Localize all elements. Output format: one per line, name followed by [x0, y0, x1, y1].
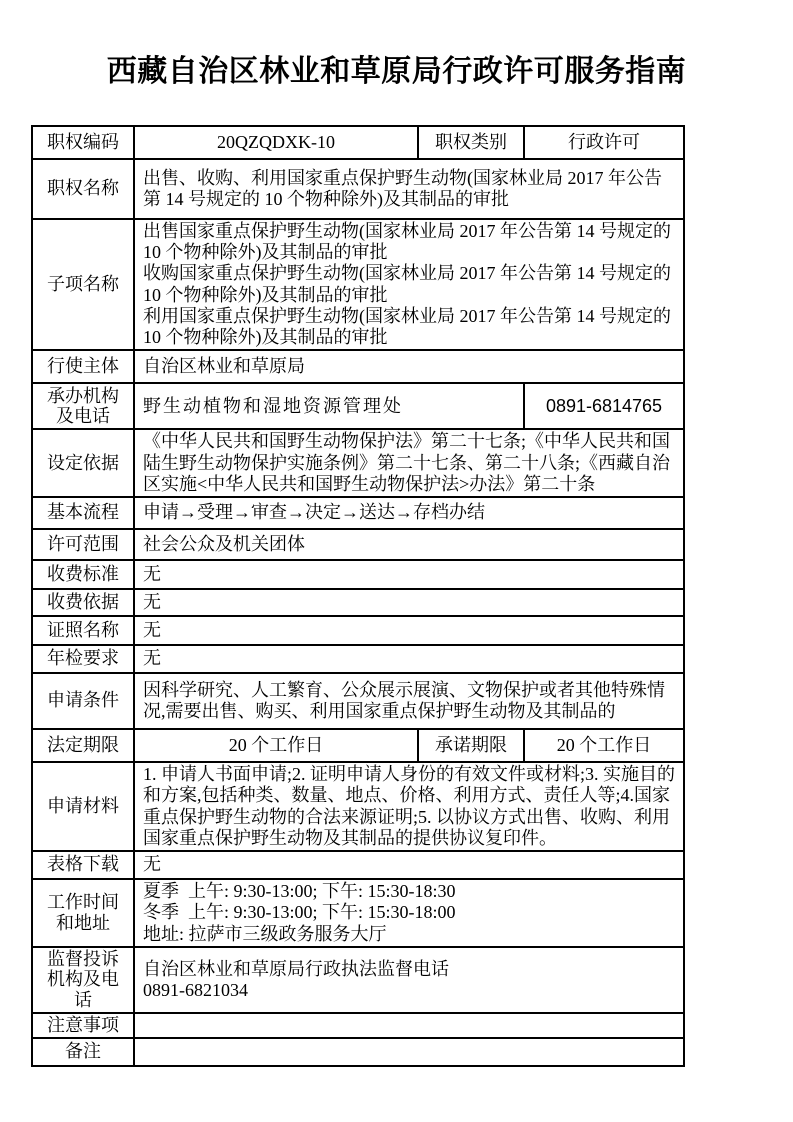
annual-check-value: 无 — [134, 645, 684, 673]
hours-label: 工作时间 和地址 — [32, 879, 134, 947]
basis-label: 设定依据 — [32, 429, 134, 497]
subitems-label: 子项名称 — [32, 219, 134, 350]
materials-label: 申请材料 — [32, 762, 134, 851]
fee-standard-label: 收费标准 — [32, 560, 134, 589]
basis-value: 《中华人民共和国野生动物保护法》第二十七条;《中华人民共和国陆生野生动物保护实施… — [134, 429, 684, 497]
row-certificate-name: 证照名称 无 — [32, 616, 684, 645]
service-guide-table: 职权编码 20QZQDXK-10 职权类别 行政许可 职权名称 出售、收购、利用… — [31, 125, 685, 1067]
row-fee-standard: 收费标准 无 — [32, 560, 684, 589]
fee-basis-value: 无 — [134, 589, 684, 616]
row-subitems: 子项名称 出售国家重点保护野生动物(国家林业局 2017 年公告第 14 号规定… — [32, 219, 684, 350]
fee-basis-label: 收费依据 — [32, 589, 134, 616]
supervision-org: 自治区林业和草原局行政执法监督电话 — [143, 959, 675, 980]
supervision-label-line2: 机构及电话 — [41, 969, 125, 1010]
agency-label-line2: 及电话 — [41, 406, 125, 427]
row-remark: 备注 — [32, 1038, 684, 1066]
supervision-value: 自治区林业和草原局行政执法监督电话 0891-6821034 — [134, 947, 684, 1013]
notes-value — [134, 1013, 684, 1038]
certificate-value: 无 — [134, 616, 684, 645]
row-application-materials: 申请材料 1. 申请人书面申请;2. 证明申请人身份的有效文件或材料;3. 实施… — [32, 762, 684, 851]
row-supervision: 监督投诉 机构及电话 自治区林业和草原局行政执法监督电话 0891-682103… — [32, 947, 684, 1013]
subitem-3: 利用国家重点保护野生动物(国家林业局 2017 年公告第 14 号规定的 10 … — [143, 306, 675, 348]
row-setting-basis: 设定依据 《中华人民共和国野生动物保护法》第二十七条;《中华人民共和国陆生野生动… — [32, 429, 684, 497]
row-application-conditions: 申请条件 因科学研究、人工繁育、公众展示展演、文物保护或者其他特殊情况,需要出售… — [32, 673, 684, 729]
permission-type-value: 行政许可 — [524, 126, 684, 159]
row-permission-name: 职权名称 出售、收购、利用国家重点保护野生动物(国家林业局 2017 年公告第 … — [32, 159, 684, 219]
permission-type-label: 职权类别 — [418, 126, 524, 159]
supervision-label: 监督投诉 机构及电话 — [32, 947, 134, 1013]
scope-label: 许可范围 — [32, 529, 134, 560]
authority-label: 行使主体 — [32, 350, 134, 383]
remark-value — [134, 1038, 684, 1066]
hours-summer: 夏季 上午: 9:30-13:00; 下午: 15:30-18:30 — [143, 881, 675, 902]
row-annual-check: 年检要求 无 — [32, 645, 684, 673]
row-deadline: 法定期限 20 个工作日 承诺期限 20 个工作日 — [32, 729, 684, 762]
row-license-scope: 许可范围 社会公众及机关团体 — [32, 529, 684, 560]
row-fee-basis: 收费依据 无 — [32, 589, 684, 616]
form-download-value: 无 — [134, 851, 684, 879]
row-form-download: 表格下载 无 — [32, 851, 684, 879]
row-exercising-authority: 行使主体 自治区林业和草原局 — [32, 350, 684, 383]
page-title: 西藏自治区林业和草原局行政许可服务指南 — [0, 46, 793, 90]
promise-deadline-label: 承诺期限 — [418, 729, 524, 762]
subitem-1: 出售国家重点保护野生动物(国家林业局 2017 年公告第 14 号规定的 10 … — [143, 221, 675, 263]
certificate-label: 证照名称 — [32, 616, 134, 645]
scope-value: 社会公众及机关团体 — [134, 529, 684, 560]
row-handling-agency: 承办机构 及电话 野生动植物和湿地资源管理处 0891-6814765 — [32, 383, 684, 429]
process-label: 基本流程 — [32, 497, 134, 529]
form-download-label: 表格下载 — [32, 851, 134, 879]
authority-value: 自治区林业和草原局 — [134, 350, 684, 383]
permission-name-value: 出售、收购、利用国家重点保护野生动物(国家林业局 2017 年公告第 14 号规… — [134, 159, 684, 219]
fee-standard-value: 无 — [134, 560, 684, 589]
agency-phone: 0891-6814765 — [524, 383, 684, 429]
remark-label: 备注 — [32, 1038, 134, 1066]
row-working-hours: 工作时间 和地址 夏季 上午: 9:30-13:00; 下午: 15:30-18… — [32, 879, 684, 947]
hours-value: 夏季 上午: 9:30-13:00; 下午: 15:30-18:30 冬季 上午… — [134, 879, 684, 947]
agency-label: 承办机构 及电话 — [32, 383, 134, 429]
conditions-label: 申请条件 — [32, 673, 134, 729]
hours-address: 地址: 拉萨市三级政务服务大厅 — [143, 924, 675, 945]
statutory-deadline-label: 法定期限 — [32, 729, 134, 762]
supervision-phone: 0891-6821034 — [143, 980, 675, 1001]
supervision-label-line1: 监督投诉 — [41, 949, 125, 970]
agency-name: 野生动植物和湿地资源管理处 — [134, 383, 524, 429]
notes-label: 注意事项 — [32, 1013, 134, 1038]
row-permission-code: 职权编码 20QZQDXK-10 职权类别 行政许可 — [32, 126, 684, 159]
annual-check-label: 年检要求 — [32, 645, 134, 673]
agency-label-line1: 承办机构 — [41, 386, 125, 407]
permission-code-label: 职权编码 — [32, 126, 134, 159]
subitems-value: 出售国家重点保护野生动物(国家林业局 2017 年公告第 14 号规定的 10 … — [134, 219, 684, 350]
statutory-deadline-value: 20 个工作日 — [134, 729, 418, 762]
row-basic-process: 基本流程 申请→受理→审查→决定→送达→存档办结 — [32, 497, 684, 529]
document-page: 西藏自治区林业和草原局行政许可服务指南 职权编码 20QZQDXK-10 职权类… — [0, 0, 793, 1122]
subitem-2: 收购国家重点保护野生动物(国家林业局 2017 年公告第 14 号规定的 10 … — [143, 263, 675, 305]
materials-value: 1. 申请人书面申请;2. 证明申请人身份的有效文件或材料;3. 实施目的和方案… — [134, 762, 684, 851]
hours-label-line2: 和地址 — [41, 913, 125, 934]
conditions-value: 因科学研究、人工繁育、公众展示展演、文物保护或者其他特殊情况,需要出售、购买、利… — [134, 673, 684, 729]
row-notes: 注意事项 — [32, 1013, 684, 1038]
permission-name-label: 职权名称 — [32, 159, 134, 219]
hours-winter: 冬季 上午: 9:30-13:00; 下午: 15:30-18:00 — [143, 902, 675, 923]
promise-deadline-value: 20 个工作日 — [524, 729, 684, 762]
process-value: 申请→受理→审查→决定→送达→存档办结 — [134, 497, 684, 529]
hours-label-line1: 工作时间 — [41, 892, 125, 913]
permission-code-value: 20QZQDXK-10 — [134, 126, 418, 159]
